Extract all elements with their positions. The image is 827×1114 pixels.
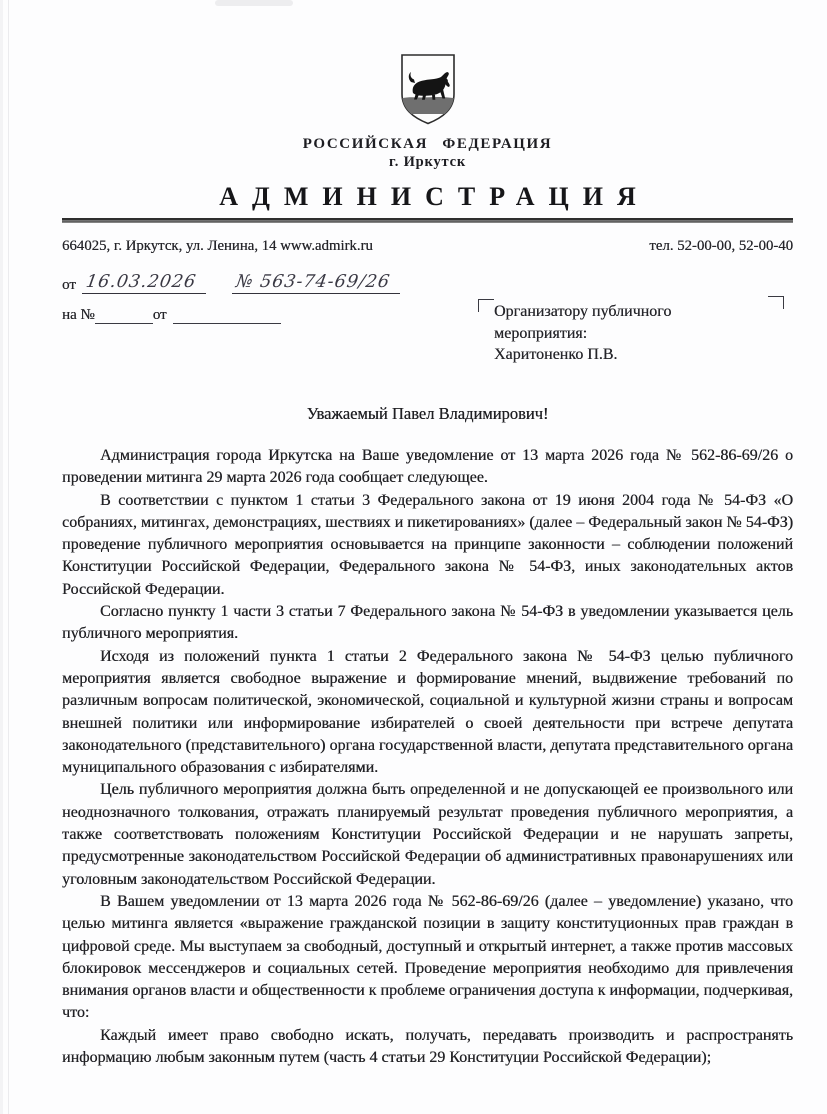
outgoing-reference-row: от 16.03.2026 № 563-74-69/26: [62, 272, 793, 294]
scan-edge-artifact: [0, 0, 3, 1114]
org-address: 664025, г. Иркутск, ул. Ленина, 14 www.a…: [62, 238, 373, 255]
outgoing-date-field: 16.03.2026: [82, 272, 206, 294]
reply-date-label: от: [153, 307, 167, 323]
reply-date-blank: [173, 309, 281, 324]
recipient-line: мероприятия:: [494, 323, 784, 345]
body-paragraph: Цель публичного мероприятия должна быть …: [62, 779, 793, 890]
recipient-corner-mark-left: [478, 299, 494, 312]
date-label: от: [62, 277, 76, 294]
letterhead-organization-title: АДМИНИСТРАЦИЯ: [62, 182, 793, 212]
handwritten-date: 16.03.2026: [84, 272, 197, 292]
recipient-corner-mark-right: [768, 296, 784, 309]
letter-content: РОССИЙСКАЯ ФЕДЕРАЦИЯ г. Иркутск АДМИНИСТ…: [62, 0, 793, 1069]
handwritten-number: № 563-74-69/26: [234, 272, 391, 292]
scanned-letter-page: РОССИЙСКАЯ ФЕДЕРАЦИЯ г. Иркутск АДМИНИСТ…: [0, 0, 827, 1114]
body-paragraph: Исходя из положений пункта 1 статьи 2 Фе…: [62, 646, 793, 780]
salutation: Уважаемый Павел Владимирович!: [62, 404, 793, 424]
letterhead-rule: [62, 218, 793, 223]
recipient-block: Организатору публичного мероприятия: Хар…: [488, 301, 784, 366]
reply-reference-and-recipient-band: на №от Организатору публичного мероприят…: [62, 307, 793, 385]
letterhead-city: г. Иркутск: [62, 154, 793, 171]
reply-number-blank: [95, 309, 153, 324]
recipient-address-lines: Организатору публичного мероприятия: Хар…: [488, 301, 784, 366]
recipient-line: Организатору публичного: [494, 301, 784, 323]
recipient-line: Харитоненко П.В.: [494, 344, 784, 366]
body-paragraph: Согласно пункту 1 части 3 статьи 7 Федер…: [62, 601, 793, 646]
letter-body: Администрация города Иркутска на Ваше ув…: [62, 445, 793, 1069]
letterhead: РОССИЙСКАЯ ФЕДЕРАЦИЯ г. Иркутск АДМИНИСТ…: [62, 0, 793, 223]
outgoing-number-field: № 563-74-69/26: [232, 272, 400, 294]
coat-of-arms-irkutsk-babr-icon: [399, 52, 457, 131]
reply-number-label: на №: [62, 307, 95, 323]
letterhead-country: РОССИЙСКАЯ ФЕДЕРАЦИЯ: [62, 136, 793, 153]
body-paragraph: В Вашем уведомлении от 13 марта 2026 год…: [62, 891, 793, 1025]
body-paragraph: В соответствии с пунктом 1 статьи 3 Феде…: [62, 490, 793, 601]
scan-edge-line-artifact: [8, 0, 9, 1114]
contact-row: 664025, г. Иркутск, ул. Ленина, 14 www.a…: [62, 238, 793, 255]
body-paragraph: Каждый имеет право свободно искать, полу…: [62, 1025, 793, 1070]
body-paragraph: Администрация города Иркутска на Ваше ув…: [62, 445, 793, 490]
org-phone: тел. 52-00-00, 52-00-40: [649, 238, 793, 255]
